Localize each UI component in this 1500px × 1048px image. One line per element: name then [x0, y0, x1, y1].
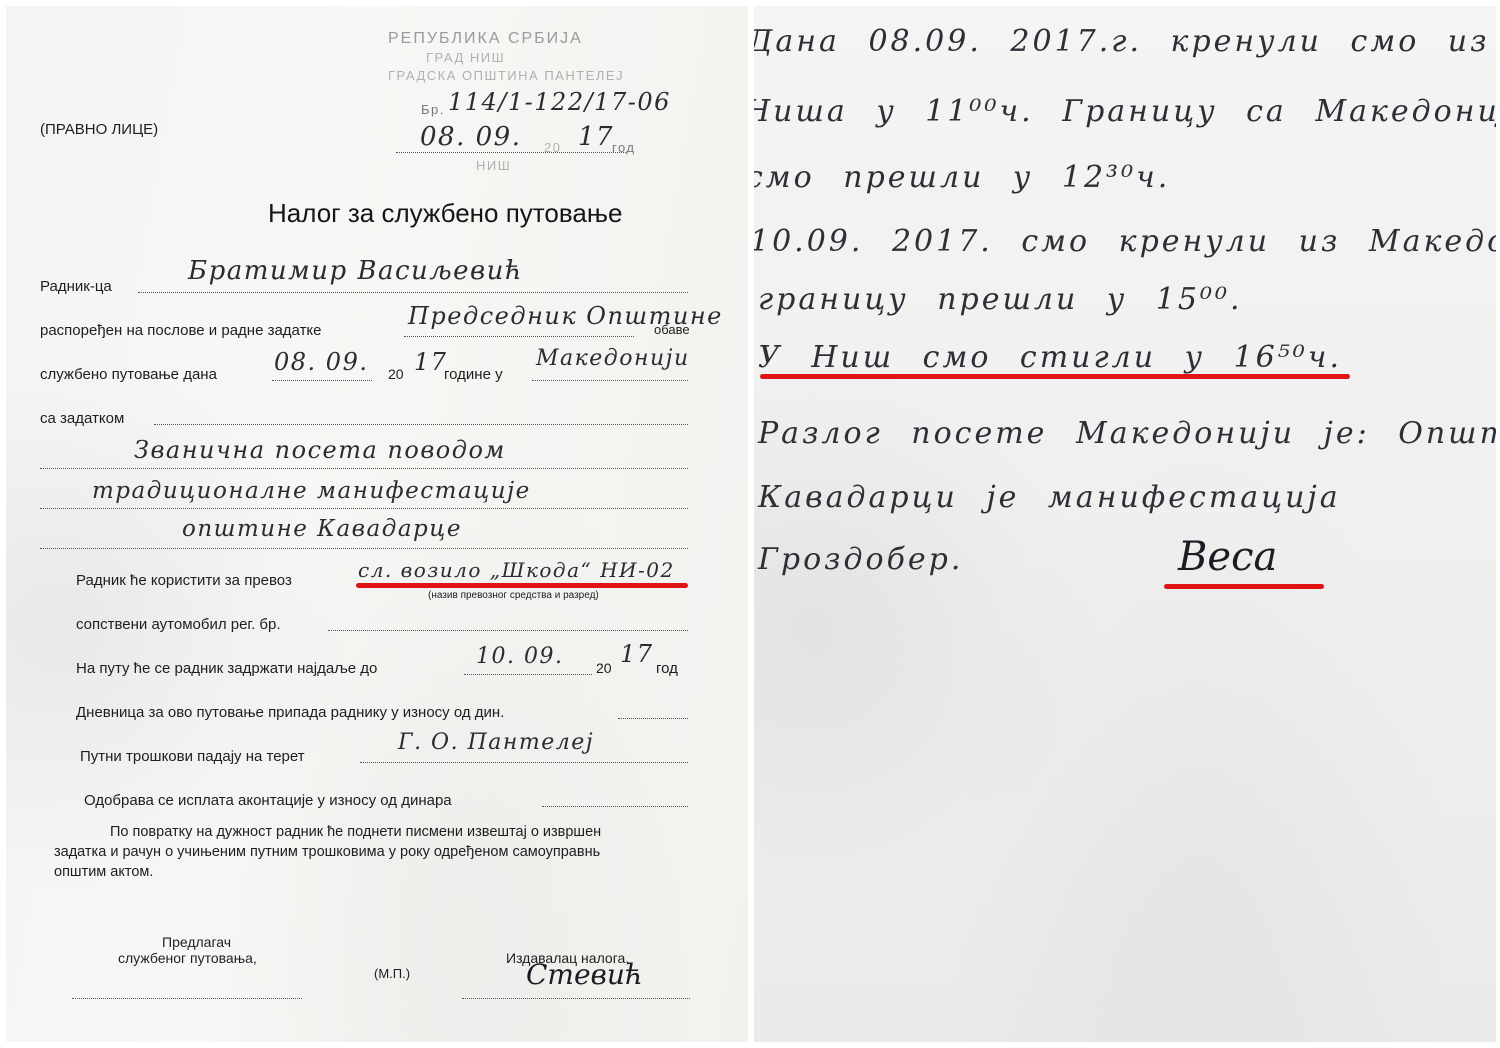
worker-value: Братимир Васиљевић [188, 256, 523, 286]
advance-label: Одобрава се исплата аконтације у износу … [84, 792, 452, 809]
document-title: Налог за службено путовање [268, 198, 622, 229]
assigned-line [404, 336, 634, 337]
task-line-2: традиционалне манифестације [92, 478, 531, 504]
report-line-5: границу прешли у 15⁰⁰. [758, 282, 1243, 317]
stamp-line-1: РЕПУБЛИКА СРБИЈА [388, 30, 583, 48]
issuer-signature-line [462, 998, 690, 999]
stay-date: 10. 09. [476, 644, 563, 669]
proposer-signature-line [72, 998, 302, 999]
stay-date-line [464, 674, 592, 675]
trip-place: Македонији [536, 346, 690, 371]
trip-year: 17 [414, 348, 448, 376]
stamp-line-2: ГРАД НИШ [426, 50, 505, 65]
task-underline-1 [40, 468, 688, 469]
arrival-highlight [760, 374, 1350, 379]
task-line-1: Званична посета поводом [134, 436, 506, 464]
per-diem-label: Дневница за ово путовање припада раднику… [76, 704, 504, 721]
signature-highlight [1164, 584, 1324, 589]
entity-label: (ПРАВНО ЛИЦЕ) [40, 121, 158, 138]
costs-line [360, 762, 688, 763]
proposer-label-2: службеног путовања, [118, 950, 257, 966]
report-line-2: Ниша у 11⁰⁰ч. Границу са Македонијом [754, 94, 1496, 129]
transport-value: сл. возило „Шкода“ НИ-02 [358, 558, 675, 582]
stamp-year-suffix: год [612, 140, 636, 155]
report-line-7: Разлог посете Македонији је: Општине [758, 416, 1496, 451]
paragraph-line-3: општим актом. [54, 864, 153, 880]
stay-label: На путу ће се радник задржати најдаље до [76, 660, 377, 677]
paragraph-line-2: задатка и рачун о учињеним путним трошко… [54, 844, 600, 860]
report-line-3: смо прешли у 12³⁰ч. [754, 160, 1170, 195]
assigned-label: распоређен на послове и радне задатке [40, 322, 322, 339]
stamp-year-prefix: 20 [544, 140, 561, 155]
task-line-0 [154, 424, 688, 425]
transport-highlight [356, 583, 688, 588]
own-car-label: сопствени аутомобил рег. бр. [76, 616, 281, 633]
trip-year-prefix: 20 [388, 366, 404, 382]
report-line-8: Кавадарци је манифестација [758, 480, 1341, 515]
stamp-number-prefix: Бр. [421, 102, 445, 117]
stamp-year: 17 [578, 122, 614, 152]
worker-line [138, 292, 688, 293]
paragraph-line-1: По повратку на дужност радник ће поднети… [110, 824, 601, 840]
issuer-signature: Стевић [526, 958, 643, 991]
trip-place-label: године у [444, 366, 503, 383]
worker-label: Радник-ца [40, 278, 112, 295]
report-line-4: 10.09. 2017. смо кренули из Македоније [754, 224, 1496, 259]
handwritten-report-page: Дана 08.09. 2017.г. кренули смо из Ниша … [754, 6, 1496, 1042]
task-label: са задатком [40, 410, 124, 427]
per-diem-line [618, 718, 688, 719]
stamp-city: НИШ [476, 158, 511, 173]
trip-date-line [272, 380, 372, 381]
costs-value: Г. О. Пантелеј [398, 730, 594, 755]
transport-label: Радник ће користити за превоз [76, 572, 292, 589]
task-underline-2 [40, 508, 688, 509]
stamp-line-3: ГРАДСКА ОПШТИНА ПАНТЕЛЕЈ [388, 68, 624, 83]
assigned-suffix: обаве [654, 322, 690, 337]
task-line-3: општине Кавадарце [182, 516, 462, 542]
report-line-1: Дана 08.09. 2017.г. кренули смо из [754, 24, 1489, 59]
seal-label: (М.П.) [374, 966, 410, 981]
stay-year-prefix: 20 [596, 660, 612, 676]
costs-label: Путни трошкови падају на терет [80, 748, 305, 765]
report-line-9: Гроздобер. [758, 542, 963, 577]
trip-place-line [532, 380, 688, 381]
trip-label: службено путовање дана [40, 366, 217, 383]
stay-suffix: год [656, 660, 678, 677]
report-line-6: У Ниш смо стигли у 16⁵⁰ч. [758, 340, 1342, 375]
trip-date: 08. 09. [274, 348, 368, 376]
travel-order-form-page: РЕПУБЛИКА СРБИЈА ГРАД НИШ ГРАДСКА ОПШТИН… [6, 6, 748, 1042]
stamp-date-line [396, 152, 626, 153]
stamp-date: 08. 09. [420, 122, 521, 152]
proposer-label-1: Предлагач [162, 934, 231, 950]
stamp-number: 114/1-122/17-06 [448, 88, 671, 116]
task-underline-3 [40, 548, 688, 549]
report-signature: Веса [1178, 534, 1277, 580]
stay-year: 17 [620, 640, 654, 668]
advance-line [542, 806, 688, 807]
own-car-line [328, 630, 688, 631]
transport-hint: (назив превозног средства и разред) [428, 590, 599, 601]
